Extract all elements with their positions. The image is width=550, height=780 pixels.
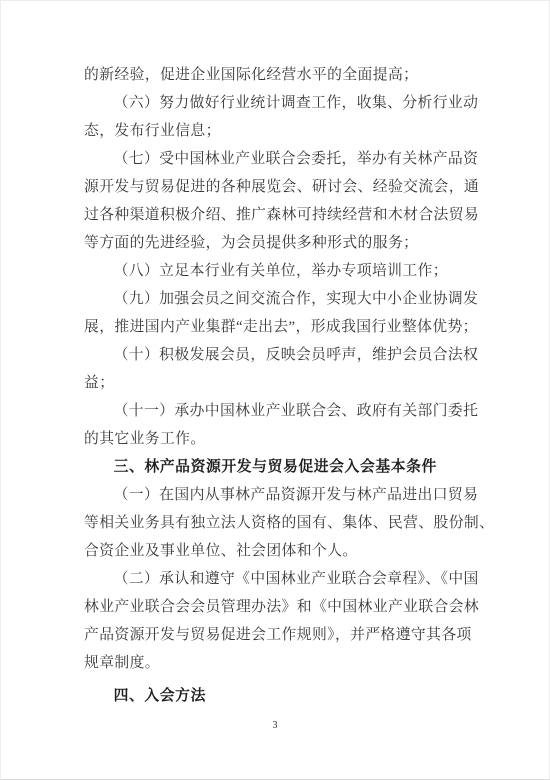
text-line: （一）在国内从事林产品资源开发与林产品进出口贸易 xyxy=(84,481,468,509)
document-page: 的新经验，促进企业国际化经营水平的全面提高；（六）努力做好行业统计调查工作，收集… xyxy=(0,0,550,780)
text-line: （二）承认和遵守《中国林业产业联合会章程》、《中国 xyxy=(84,565,468,593)
document-body: 的新经验，促进企业国际化经营水平的全面提高；（六）努力做好行业统计调查工作，收集… xyxy=(84,61,468,710)
text-line: 过各种渠道积极介绍、推广森林可持续经营和木材合法贸易 xyxy=(84,201,468,229)
text-line: （八）立足本行业有关单位，举办专项培训工作； xyxy=(84,257,468,285)
text-line: 展，推进国内产业集群“走出去”，形成我国行业整体优势； xyxy=(84,313,468,341)
text-line: 态，发布行业信息； xyxy=(84,117,468,145)
text-line: 合资企业及事业单位、社会团体和个人。 xyxy=(84,537,468,565)
text-line: 三、林产品资源开发与贸易促进会入会基本条件 xyxy=(84,453,468,481)
text-line: 等相关业务具有独立法人资格的国有、集体、民营、股份制、 xyxy=(84,509,468,537)
text-line: （六）努力做好行业统计调查工作，收集、分析行业动 xyxy=(84,89,468,117)
text-line: 的其它业务工作。 xyxy=(84,425,468,453)
text-line: （九）加强会员之间交流合作，实现大中小企业协调发 xyxy=(84,285,468,313)
text-line: （十）积极发展会员，反映会员呼声，维护会员合法权 xyxy=(84,341,468,369)
text-line: 产品资源开发与贸易促进会工作规则》，并严格遵守其各项 xyxy=(84,621,468,649)
text-line: 四、入会方法 xyxy=(84,682,468,710)
page-number: 3 xyxy=(1,720,549,731)
text-line: 规章制度。 xyxy=(84,649,468,677)
text-line: （十一）承办中国林业产业联合会、政府有关部门委托 xyxy=(84,397,468,425)
text-line: 益； xyxy=(84,369,468,397)
text-line: 等方面的先进经验，为会员提供多种形式的服务； xyxy=(84,229,468,257)
text-line: 林业产业联合会会员管理办法》和《中国林业产业联合会林 xyxy=(84,593,468,621)
text-line: （七）受中国林业产业联合会委托，举办有关林产品资 xyxy=(84,145,468,173)
text-line: 的新经验，促进企业国际化经营水平的全面提高； xyxy=(84,61,468,89)
text-line: 源开发与贸易促进的各种展览会、研讨会、经验交流会，通 xyxy=(84,173,468,201)
